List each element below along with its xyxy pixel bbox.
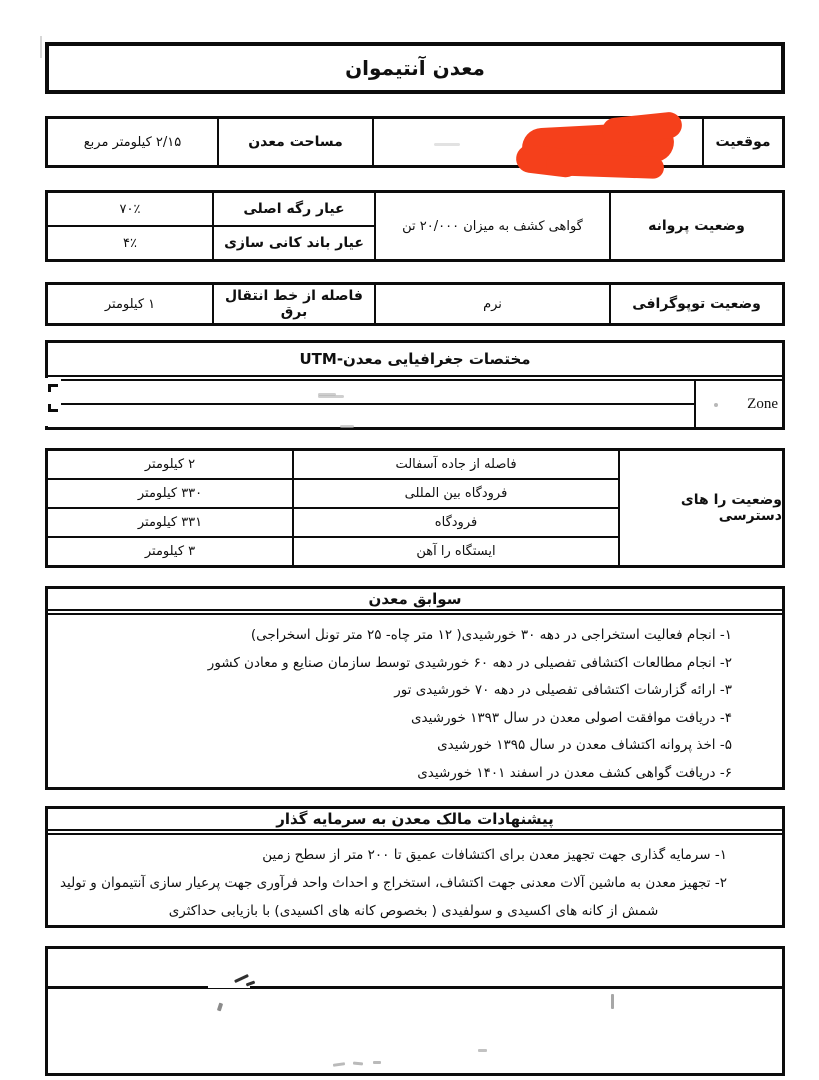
erased-border-mark <box>48 404 58 412</box>
access-value: ۲ کیلومتر <box>48 451 292 478</box>
access-roads-table: وضعیت را های دسترسی فاصله از جاده آسفالت… <box>45 448 785 568</box>
access-header: وضعیت را های دسترسی <box>618 451 782 565</box>
topography-row: وضعیت توپوگرافی نرم فاصله از خط انتقال ب… <box>45 282 785 326</box>
access-label: فرودگاه <box>292 509 618 536</box>
location-row: موقعیت مساحت معدن ۲/۱۵ کیلومتر مربع <box>45 116 785 168</box>
topography-header: وضعیت توپوگرافی <box>609 285 782 323</box>
powerline-label: فاصله از خط انتقال برق <box>212 285 374 323</box>
scan-edge-artifact <box>40 36 42 58</box>
notes-box <box>45 946 785 1076</box>
license-value: گواهی کشف به میزان ۲۰/۰۰۰ تن <box>374 193 609 259</box>
notes-header-redacted <box>48 949 782 989</box>
utm-box: مختصات جغرافیایی معدن-UTM Zone <box>45 340 785 430</box>
area-value: ۲/۱۵ کیلومتر مربع <box>48 119 217 165</box>
proposal-item: ۲- تجهیز معدن به ماشین آلات معدنی جهت اک… <box>60 869 727 897</box>
topography-value: نرم <box>374 285 609 323</box>
mine-history-box: سوابق معدن ۱- انجام فعالیت استخراجی در د… <box>45 586 785 790</box>
erased-text-mark <box>333 1062 345 1067</box>
utm-body: Zone <box>48 379 782 427</box>
erased-text-mark <box>340 425 354 428</box>
grade-row: عیار رگه اصلی ۷۰٪ <box>48 193 374 227</box>
table-row: فرودگاه ۳۳۱ کیلومتر <box>48 509 618 538</box>
access-value: ۳۳۰ کیلومتر <box>48 480 292 507</box>
proposal-item: ۱- سرمایه گذاری جهت تجهیز معدن برای اکتش… <box>60 841 727 869</box>
table-row: ایستگاه را آهن ۳ کیلومتر <box>48 538 618 565</box>
erased-text-mark <box>478 1049 487 1052</box>
area-label: مساحت معدن <box>217 119 372 165</box>
access-label: فرودگاه بین المللی <box>292 480 618 507</box>
table-row: فرودگاه بین المللی ۳۳۰ کیلومتر <box>48 480 618 509</box>
grade-row: عیار باند کانی سازی ۴٪ <box>48 227 374 259</box>
grade-table: عیار رگه اصلی ۷۰٪ عیار باند کانی سازی ۴٪ <box>48 193 374 259</box>
erased-text-mark <box>234 974 249 983</box>
page-title: معدن آنتیموان <box>345 56 485 80</box>
location-header: موقعیت <box>702 119 782 165</box>
erased-line-gap <box>208 983 250 988</box>
grade-label: عیار باند کانی سازی <box>212 227 374 259</box>
erased-zone-digit <box>714 403 718 407</box>
history-item: ۳- ارائه گزارشات اکتشافی تفصیلی در دهه ۷… <box>60 677 732 705</box>
utm-zone-cell: Zone <box>694 381 782 427</box>
history-item: ۱- انجام فعالیت استخراجی در دهه ۳۰ خورشی… <box>60 622 732 650</box>
history-item: ۵- اخذ پروانه اکتشاف معدن در سال ۱۳۹۵ خو… <box>60 732 732 760</box>
erased-text-mark <box>611 994 614 1009</box>
erased-text-mark <box>246 981 255 987</box>
title-box: معدن آنتیموان <box>45 42 785 94</box>
coordinate-row <box>48 405 694 427</box>
zone-label: Zone <box>747 396 778 413</box>
erased-text-mark <box>373 1061 381 1064</box>
utm-coordinates-redacted <box>48 381 694 427</box>
grade-value: ۴٪ <box>48 227 212 259</box>
history-title: سوابق معدن <box>48 589 782 611</box>
history-list: ۱- انجام فعالیت استخراجی در دهه ۳۰ خورشی… <box>48 613 782 787</box>
grade-value: ۷۰٪ <box>48 193 212 225</box>
history-item: ۶- دریافت گواهی کشف معدن در اسفند ۱۴۰۱ خ… <box>60 760 732 788</box>
coordinate-row <box>48 381 694 405</box>
proposal-item-continuation: شمش از کانه های اکسیدی و سولفیدی ( بخصوص… <box>60 897 727 925</box>
utm-title: مختصات جغرافیایی معدن-UTM <box>48 343 782 377</box>
redaction-scribble <box>546 153 665 179</box>
history-item: ۴- دریافت موافقت اصولی معدن در سال ۱۳۹۳ … <box>60 705 732 733</box>
proposals-title: پیشنهادات مالک معدن به سرمایه گذار <box>48 809 782 831</box>
access-label: فاصله از جاده آسفالت <box>292 451 618 478</box>
grade-label: عیار رگه اصلی <box>212 193 374 225</box>
table-row: فاصله از جاده آسفالت ۲ کیلومتر <box>48 451 618 480</box>
erased-border-mark <box>48 384 58 392</box>
owner-proposals-box: پیشنهادات مالک معدن به سرمایه گذار ۱- سر… <box>45 806 785 928</box>
erased-text-mark <box>217 1003 223 1012</box>
notes-body-redacted <box>48 989 782 1073</box>
access-label: ایستگاه را آهن <box>292 538 618 565</box>
erased-text-mark <box>318 393 336 396</box>
document-page: معدن آنتیموان موقعیت مساحت معدن ۲/۱۵ کیل… <box>0 0 819 1080</box>
location-value-redacted <box>372 119 702 165</box>
license-row: وضعیت پروانه گواهی کشف به میزان ۲۰/۰۰۰ ت… <box>45 190 785 262</box>
powerline-value: ۱ کیلومتر <box>48 285 212 323</box>
proposals-list: ۱- سرمایه گذاری جهت تجهیز معدن برای اکتش… <box>48 833 782 925</box>
history-item: ۲- انجام مطالعات اکتشافی تفصیلی در دهه ۶… <box>60 650 732 678</box>
access-value: ۳۳۱ کیلومتر <box>48 509 292 536</box>
erased-text-mark <box>434 143 460 146</box>
license-header: وضعیت پروانه <box>609 193 782 259</box>
access-value: ۳ کیلومتر <box>48 538 292 565</box>
erased-text-mark <box>353 1061 363 1065</box>
access-rows: فاصله از جاده آسفالت ۲ کیلومتر فرودگاه ب… <box>48 451 618 565</box>
